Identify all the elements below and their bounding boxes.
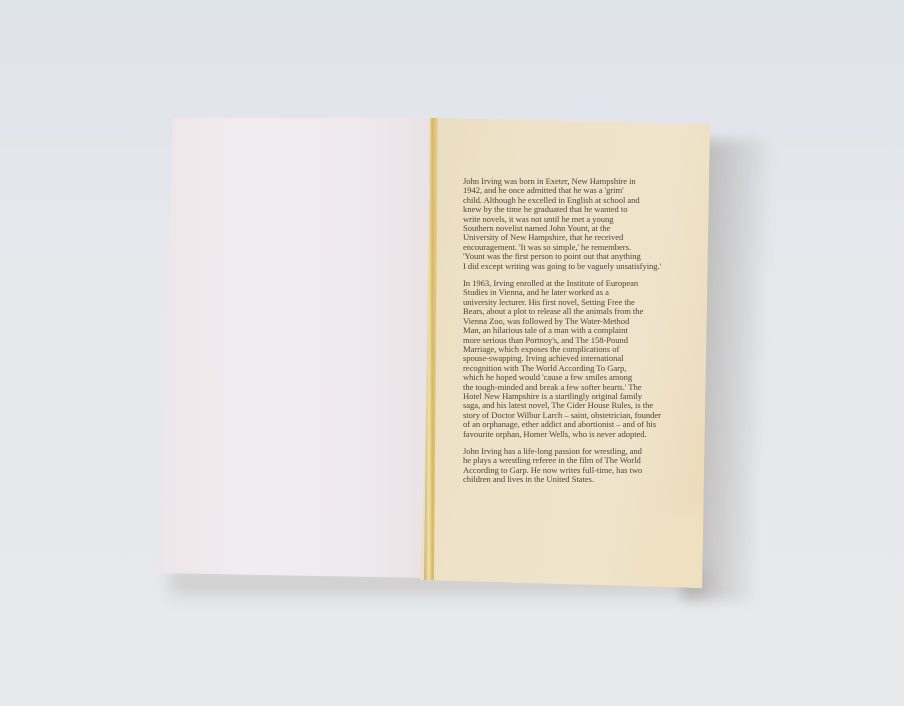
text-line: children and lives in the United States. [463,475,695,484]
page-crease [118,126,171,201]
bio-paragraph-3: John Irving has a life-long passion for … [463,447,695,485]
text-line: favourite orphan, Homer Wells, who is ne… [463,430,695,439]
text-line: I did except writing was going to be vag… [463,262,695,271]
left-page-blank [158,118,438,578]
bio-paragraph-2: In 1963, Irving enrolled at the Institut… [463,279,695,439]
bio-paragraph-1: John Irving was born in Exeter, New Hamp… [463,177,695,271]
author-biography: John Irving was born in Exeter, New Hamp… [463,177,695,493]
photo-scene: John Irving was born in Exeter, New Hamp… [0,0,904,706]
